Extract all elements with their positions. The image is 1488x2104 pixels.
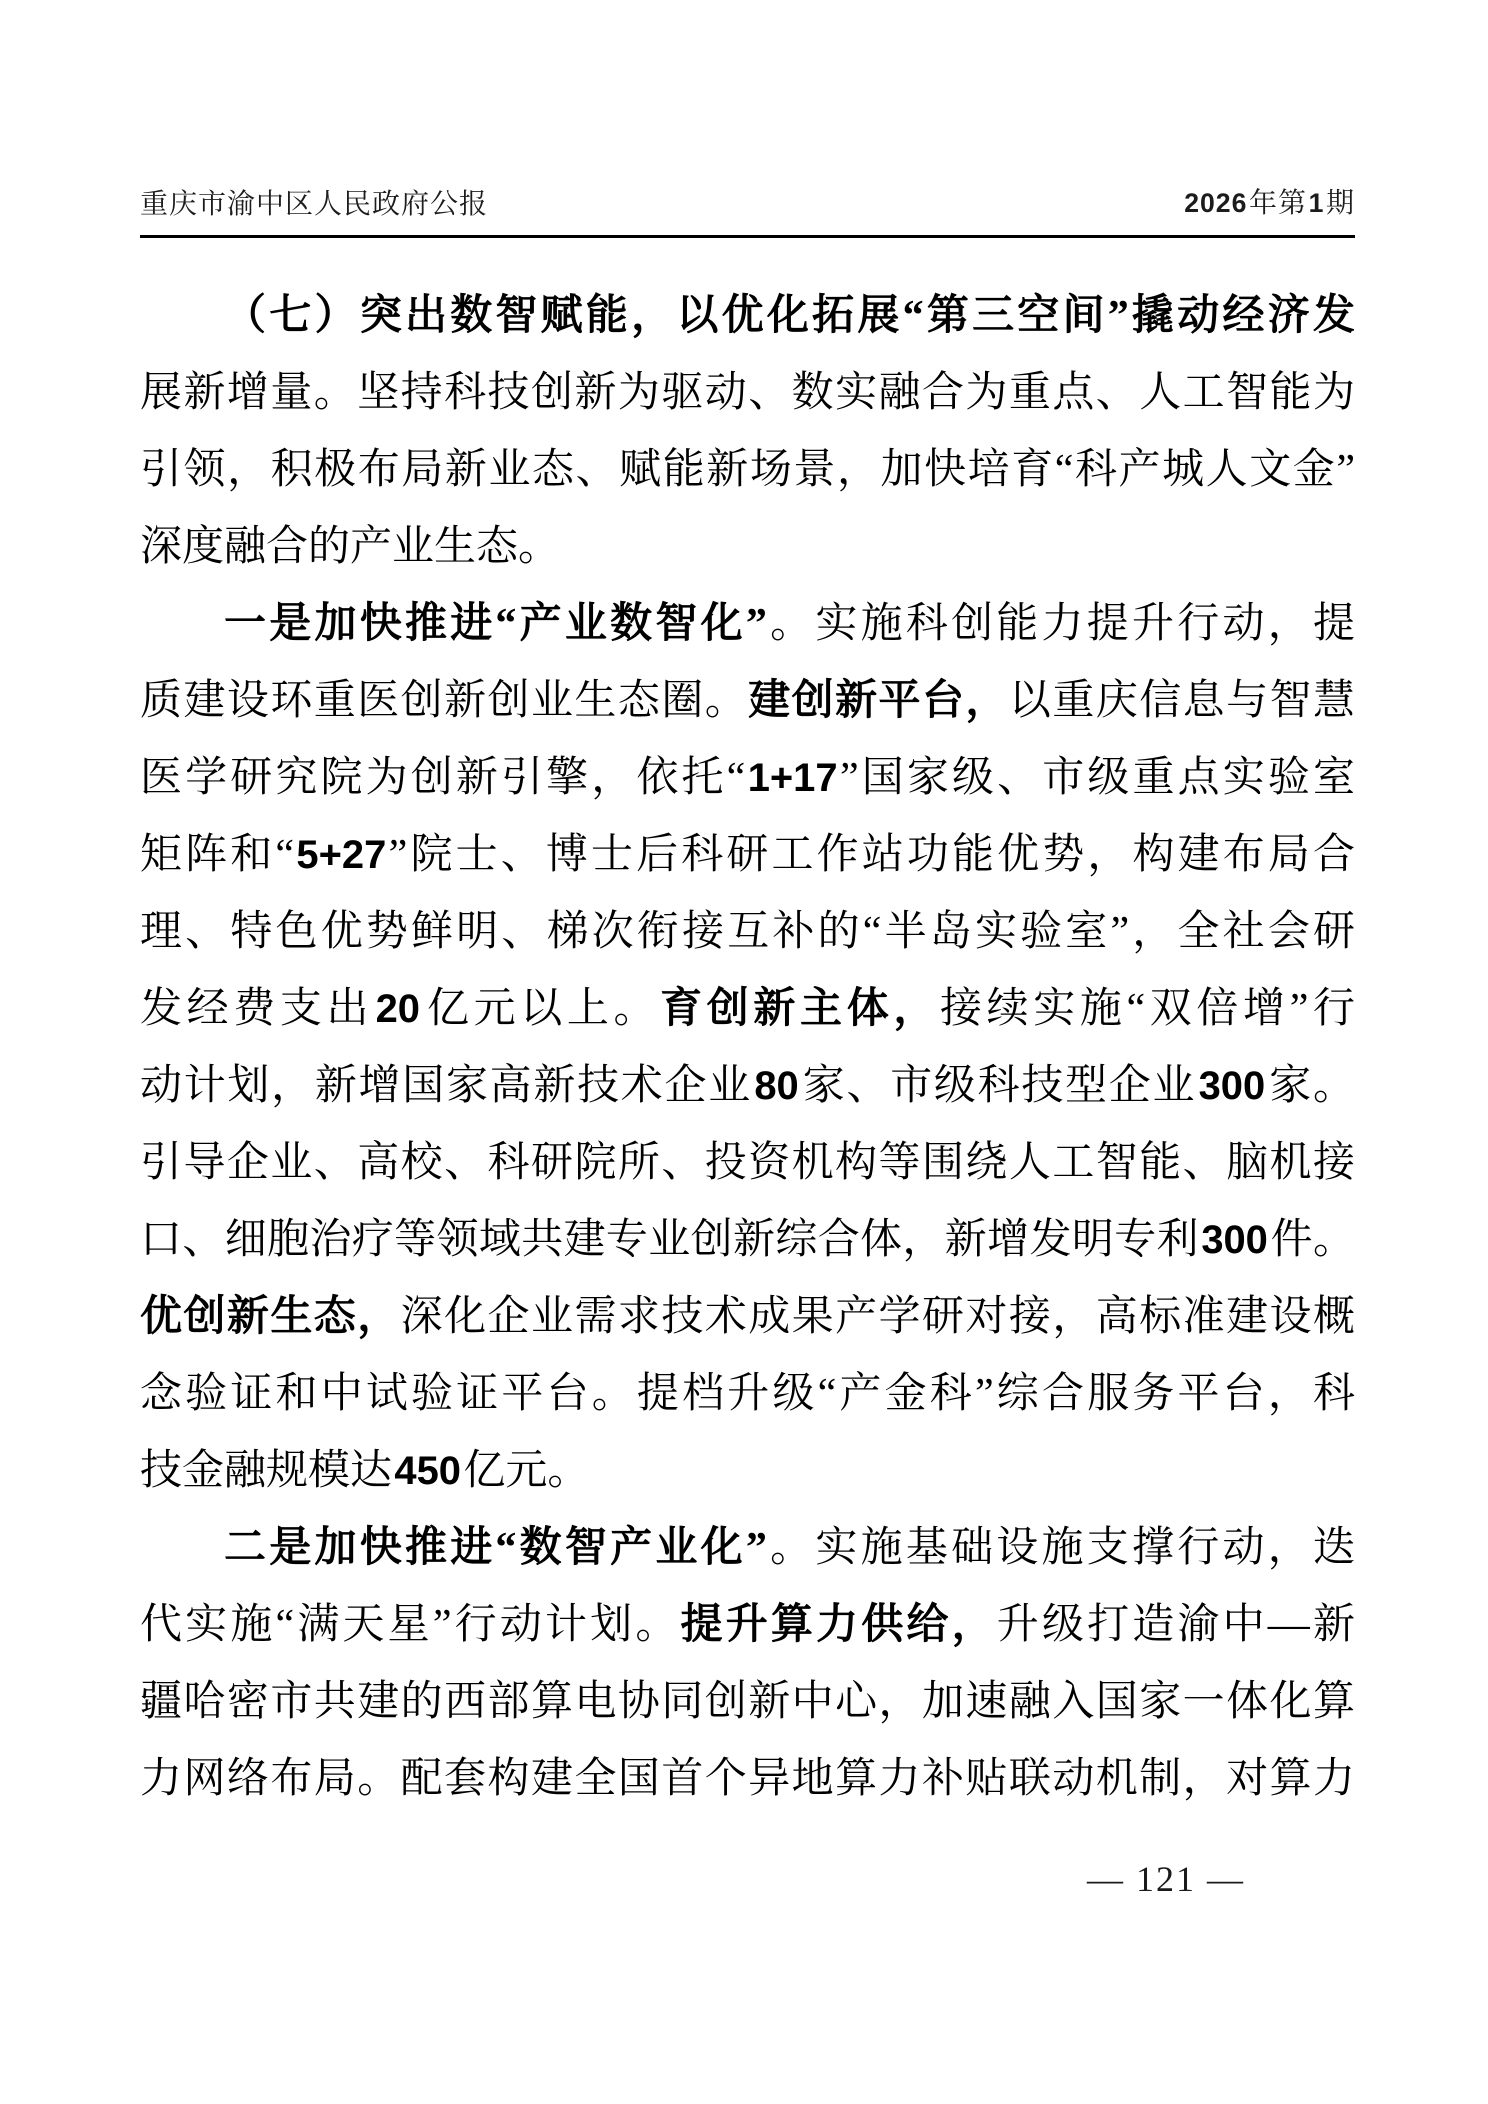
numeral: 2026 <box>1184 188 1247 218</box>
text-line: 优创新生态，深化企业需求技术成果产学研对接，高标准建设概 <box>140 1279 1355 1356</box>
numeral: 300 <box>1199 1064 1266 1108</box>
text-line: 质建设环重医创新创业生态圈。建创新平台，以重庆信息与智慧 <box>140 663 1355 740</box>
text-line: 技金融规模达450亿元。 <box>140 1433 1355 1510</box>
paragraph-3: 二是加快推进“数智产业化”。实施基础设施支撑行动，迭代实施“满天星”行动计划。提… <box>140 1510 1355 1818</box>
page-header: 重庆市渝中区人民政府公报 2026年第1期 <box>140 186 1355 221</box>
body-text: 口、细胞治疗等领域共建专业创新综合体，新增发明专利300件。 <box>140 1217 1355 1263</box>
text-line: 疆哈密市共建的西部算电协同创新中心，加速融入国家一体化算 <box>140 1664 1355 1741</box>
text-line: 念验证和中试验证平台。提档升级“产金科”综合服务平台，科 <box>140 1356 1355 1433</box>
body-text: 发经费支出20亿元以上。 <box>140 986 660 1032</box>
emphasis-text: 提升算力供给， <box>681 1602 997 1648</box>
text-line: 口、细胞治疗等领域共建专业创新综合体，新增发明专利300件。 <box>140 1202 1355 1279</box>
emphasis-text: 一是加快推进“产业数智化” <box>224 601 767 647</box>
body-text: 力网络布局。配套构建全国首个异地算力补贴联动机制，对算力 <box>140 1756 1355 1802</box>
page-number: — 121 — <box>1087 1859 1245 1899</box>
body-text: 理、特色优势鲜明、梯次衔接互补的“半岛实验室”，全社会研 <box>140 909 1355 955</box>
text-line: （七）突出数智赋能，以优化拓展“第三空间”撬动经济发 <box>140 278 1355 355</box>
body-text: 代实施“满天星”行动计划。 <box>140 1602 681 1648</box>
text-line: 力网络布局。配套构建全国首个异地算力补贴联动机制，对算力 <box>140 1741 1355 1818</box>
text-line: 一是加快推进“产业数智化”。实施科创能力提升行动，提 <box>140 586 1355 663</box>
text-line: 引导企业、高校、科研院所、投资机构等围绕人工智能、脑机接 <box>140 1125 1355 1202</box>
body-text: 技金融规模达450亿元。 <box>140 1448 589 1494</box>
emphasis-text: 二是加快推进“数智产业化” <box>224 1525 767 1571</box>
emphasis-text: 建创新平台， <box>748 678 1009 724</box>
body-text: 展新增量。坚持科技创新为驱动、数实融合为重点、人工智能为 <box>140 370 1355 416</box>
text-line: 理、特色优势鲜明、梯次衔接互补的“半岛实验室”，全社会研 <box>140 894 1355 971</box>
body-text: 深度融合的产业生态。 <box>140 524 560 570</box>
body-text: 医学研究院为创新引擎，依托“1+17”国家级、市级重点实验室 <box>140 755 1355 801</box>
numeral: 80 <box>754 1064 798 1108</box>
paragraph-1: （七）突出数智赋能，以优化拓展“第三空间”撬动经济发展新增量。坚持科技创新为驱动… <box>140 278 1355 586</box>
document-body: （七）突出数智赋能，以优化拓展“第三空间”撬动经济发展新增量。坚持科技创新为驱动… <box>140 278 1355 1818</box>
header-divider <box>140 235 1355 238</box>
numeral: 300 <box>1201 1218 1268 1262</box>
publication-title: 重庆市渝中区人民政府公报 <box>140 187 488 221</box>
page-footer: — 121 — <box>140 1858 1355 1900</box>
body-text: 引领，积极布局新业态、赋能新场景，加快培育“科产城人文金” <box>140 447 1355 493</box>
body-text: 矩阵和“5+27”院士、博士后科研工作站功能优势，构建布局合 <box>140 832 1355 878</box>
text-line: 二是加快推进“数智产业化”。实施基础设施支撑行动，迭 <box>140 1510 1355 1587</box>
body-text: 升级打造渝中—新 <box>997 1602 1355 1648</box>
numeral: 5+27 <box>296 833 386 877</box>
emphasis-text: 育创新主体， <box>660 986 940 1032</box>
document-page: 重庆市渝中区人民政府公报 2026年第1期 （七）突出数智赋能，以优化拓展“第三… <box>0 0 1488 2104</box>
body-text: 以重庆信息与智慧 <box>1009 678 1355 724</box>
body-text: 引导企业、高校、科研院所、投资机构等围绕人工智能、脑机接 <box>140 1140 1355 1186</box>
body-text: 。实施基础设施支撑行动，迭 <box>767 1525 1355 1571</box>
body-text: 质建设环重医创新创业生态圈。 <box>140 678 748 724</box>
body-text: 。实施科创能力提升行动，提 <box>767 601 1355 647</box>
body-text: 接续实施“双倍增”行 <box>940 986 1355 1032</box>
numeral: 1+17 <box>748 756 838 800</box>
text-line: 发经费支出20亿元以上。育创新主体，接续实施“双倍增”行 <box>140 971 1355 1048</box>
emphasis-text: （七）突出数智赋能，以优化拓展“第三空间”撬动经济发 <box>224 293 1355 339</box>
text-line: 动计划，新增国家高新技术企业80家、市级科技型企业300家。 <box>140 1048 1355 1125</box>
body-text: 念验证和中试验证平台。提档升级“产金科”综合服务平台，科 <box>140 1371 1355 1417</box>
text-line: 深度融合的产业生态。 <box>140 509 1355 586</box>
text-line: 引领，积极布局新业态、赋能新场景，加快培育“科产城人文金” <box>140 432 1355 509</box>
body-text: 动计划，新增国家高新技术企业80家、市级科技型企业300家。 <box>140 1063 1355 1109</box>
issue-label: 2026年第1期 <box>1183 186 1355 221</box>
text-line: 医学研究院为创新引擎，依托“1+17”国家级、市级重点实验室 <box>140 740 1355 817</box>
body-text: 疆哈密市共建的西部算电协同创新中心，加速融入国家一体化算 <box>140 1679 1355 1725</box>
numeral: 450 <box>394 1449 461 1493</box>
text-line: 代实施“满天星”行动计划。提升算力供给，升级打造渝中—新 <box>140 1587 1355 1664</box>
numeral: 1 <box>1309 188 1325 218</box>
text-line: 展新增量。坚持科技创新为驱动、数实融合为重点、人工智能为 <box>140 355 1355 432</box>
text-line: 矩阵和“5+27”院士、博士后科研工作站功能优势，构建布局合 <box>140 817 1355 894</box>
body-text: 深化企业需求技术成果产学研对接，高标准建设概 <box>401 1294 1355 1340</box>
emphasis-text: 优创新生态， <box>140 1294 401 1340</box>
numeral: 20 <box>376 987 420 1031</box>
paragraph-2: 一是加快推进“产业数智化”。实施科创能力提升行动，提质建设环重医创新创业生态圈。… <box>140 586 1355 1510</box>
